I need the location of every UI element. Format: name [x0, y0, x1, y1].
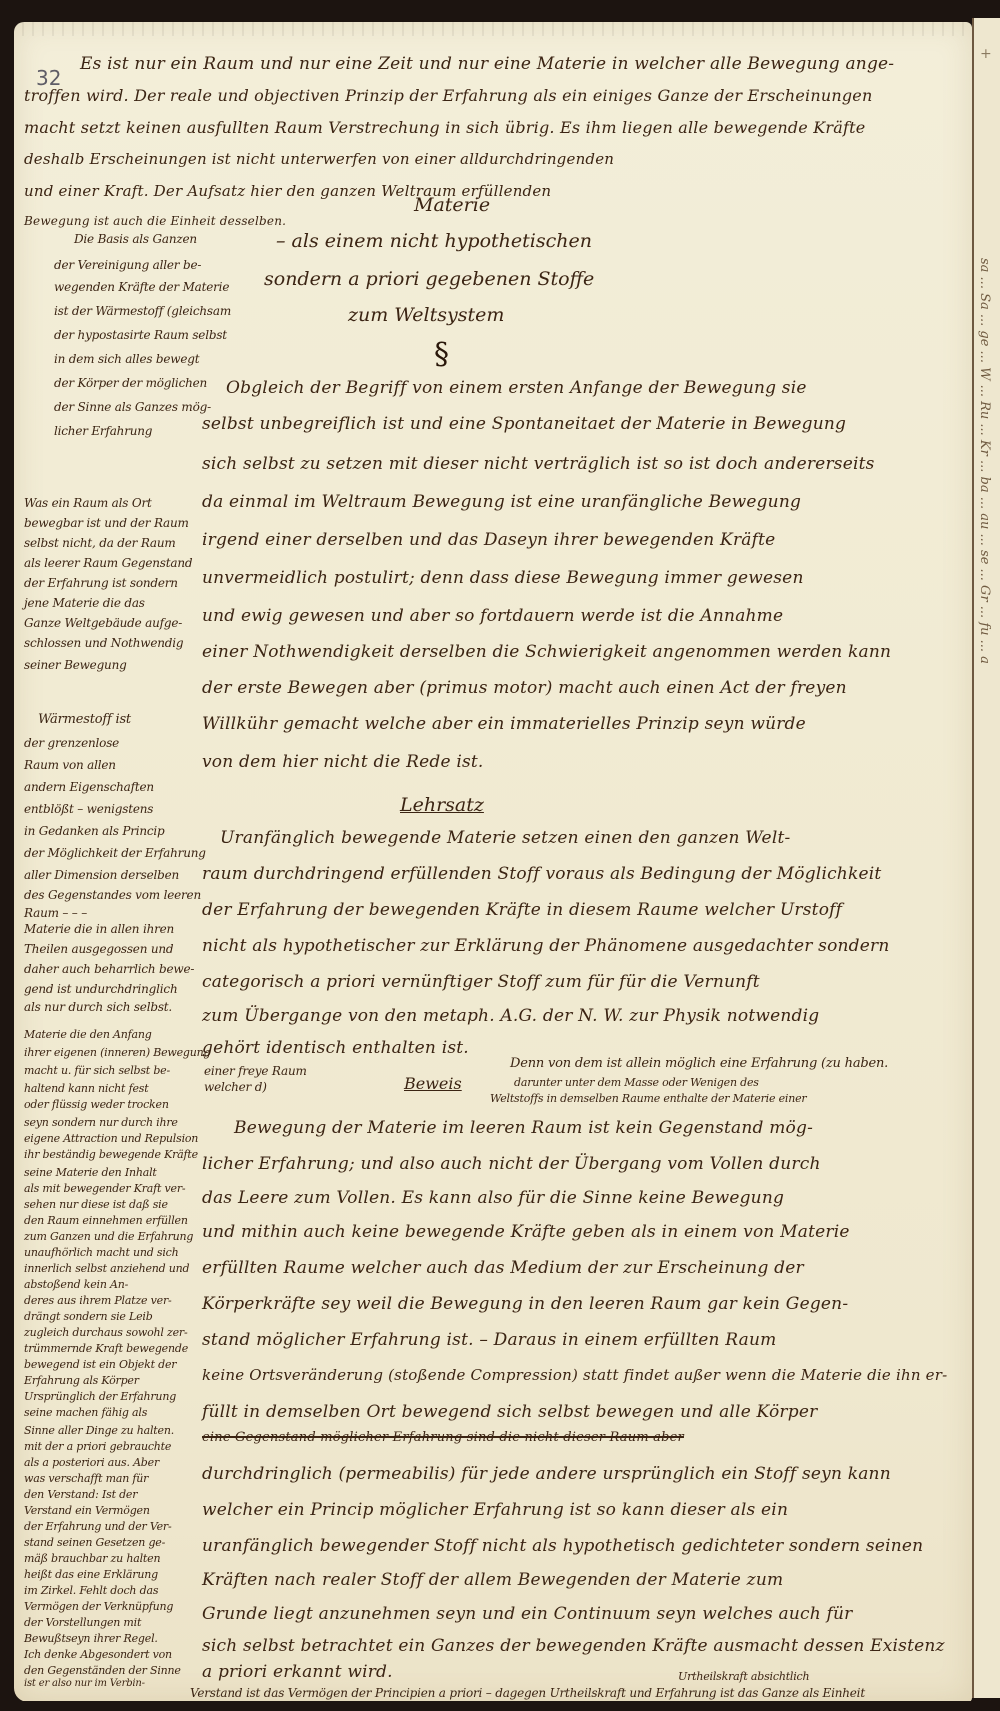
beweis-heading: Beweis: [404, 1074, 462, 1093]
margin-b4-line-18: drängt sondern sie Leib: [24, 1310, 153, 1323]
para3-line-13: uranfänglich bewegender Stoff nicht als …: [202, 1536, 923, 1556]
margin-b4-line-12: den Raum einnehmen erfüllen: [24, 1214, 188, 1227]
footer-line: Verstand ist das Vermögen der Principien…: [190, 1686, 865, 1700]
margin-b4-line-23: Ursprünglich der Erfahrung: [24, 1390, 176, 1403]
margin-b4-line-11: sehen nur diese ist daß sie: [24, 1198, 168, 1211]
margin-b4-line-2: ihrer eigenen (inneren) Bewegung: [24, 1046, 210, 1059]
scan-frame-bottom: [0, 1701, 1000, 1711]
margin-b1-line-4: ist der Wärmestoff (gleichsam: [54, 304, 231, 318]
margin-b2-line-8: schlossen und Nothwendig: [24, 636, 183, 650]
para1-line-6: unvermeidlich postulirt; denn dass diese…: [202, 568, 804, 588]
margin-b1-line-6: in dem sich alles bewegt: [54, 352, 199, 366]
margin-b3-line-1: Wärmestoff ist: [38, 712, 131, 727]
para3-line-7: stand möglicher Erfahrung ist. – Daraus …: [202, 1330, 777, 1350]
margin-b4-line-9: seine Materie den Inhalt: [24, 1166, 157, 1179]
margin-b4-line-17: deres aus ihrem Platze ver-: [24, 1294, 172, 1307]
margin-b1-line-5: der hypostasirte Raum selbst: [54, 328, 227, 342]
para2-line-4: nicht als hypothetischer zur Erklärung d…: [202, 936, 889, 956]
para2-line-1: Uranfänglich bewegende Materie setzen ei…: [220, 828, 790, 848]
margin-b4-line-4: haltend kann nicht fest: [24, 1082, 148, 1095]
para1-line-1: Obgleich der Begriff von einem ersten An…: [226, 378, 807, 398]
margin-b3-line-11: Materie die in allen ihren: [24, 922, 174, 936]
para1-line-11: von dem hier nicht die Rede ist.: [202, 752, 484, 772]
top-line-1: Es ist nur ein Raum und nur eine Zeit un…: [80, 54, 894, 74]
para3-line-15: Grunde liegt anzunehmen seyn und ein Con…: [202, 1604, 852, 1624]
margin-b5-line-12: Vermögen der Verknüpfung: [24, 1600, 173, 1613]
para1-line-5: irgend einer derselben und das Daseyn ih…: [202, 530, 775, 550]
margin-b5-line-1: Sinne aller Dinge zu halten.: [24, 1424, 174, 1437]
margin-b4-line-6: seyn sondern nur durch ihre: [24, 1116, 178, 1129]
beweis-note-1: Denn von dem ist allein möglich eine Erf…: [510, 1056, 888, 1071]
margin-b4-line-21: bewegend ist ein Objekt der: [24, 1358, 176, 1371]
para2-line-7: gehört identisch enthalten ist.: [202, 1038, 469, 1058]
margin-b1-line-3: wegenden Kräfte der Materie: [54, 280, 229, 294]
para1-line-8: einer Nothwendigkeit derselben die Schwi…: [202, 642, 891, 662]
margin-b3-line-3: Raum von allen: [24, 758, 116, 772]
para3-line-10: eine Gegenstand möglicher Erfahrung sind…: [202, 1430, 684, 1445]
margin-b3-line-2: der grenzenlose: [24, 736, 119, 750]
beweis-margin-1: einer freye Raum: [204, 1064, 307, 1078]
margin-b5-line-9: mäß brauchbar zu halten: [24, 1552, 160, 1565]
section-mark: §: [434, 337, 449, 372]
margin-b5-line-15: Ich denke Abgesondert von: [24, 1648, 172, 1661]
para1-line-7: und ewig gewesen und aber so fortdauern …: [202, 606, 783, 626]
margin-b3-line-10: Raum – – –: [24, 906, 87, 920]
margin-b2-line-4: als leerer Raum Gegenstand: [24, 556, 192, 570]
margin-b1-line-9: licher Erfahrung: [54, 424, 152, 438]
para1-line-2: selbst unbegreiflich ist und eine Sponta…: [202, 414, 846, 434]
footer-overscript: Urtheilskraft absichtlich: [678, 1670, 809, 1683]
margin-b4-line-13: zum Ganzen und die Erfahrung: [24, 1230, 193, 1243]
para1-line-3: sich selbst zu setzen mit dieser nicht v…: [202, 454, 875, 474]
beweis-margin-2: welcher d): [204, 1080, 267, 1094]
adjacent-page-fragments: sa ... Sa ... ge ... W ... Ru ... Kr ...…: [978, 258, 991, 664]
plus-mark: +: [980, 46, 992, 62]
top-line-6: Bewegung ist auch die Einheit desselben.: [24, 214, 286, 228]
beweis-note-3: Weltstoffs in demselben Raume enthalte d…: [490, 1092, 806, 1105]
margin-b3-line-9: des Gegenstandes vom leeren: [24, 888, 201, 902]
margin-b2-line-7: Ganze Weltgebäude aufge-: [24, 616, 182, 630]
para3-line-4: und mithin auch keine bewegende Kräfte g…: [202, 1222, 850, 1242]
margin-b1-line-8: der Sinne als Ganzes mög-: [54, 400, 211, 414]
para2-line-3: der Erfahrung der bewegenden Kräfte in d…: [202, 900, 842, 920]
margin-b5-line-14: Bewußtseyn ihrer Regel.: [24, 1632, 158, 1645]
margin-b2-line-5: der Erfahrung ist sondern: [24, 576, 178, 590]
top-line-4: deshalb Erscheinungen ist nicht unterwer…: [24, 150, 614, 168]
margin-b4-line-15: innerlich selbst anziehend und: [24, 1262, 189, 1275]
margin-b2-line-3: selbst nicht, da der Raum: [24, 536, 176, 550]
margin-b3-line-12: Theilen ausgegossen und: [24, 942, 173, 956]
margin-b5-line-4: was verschafft man für: [24, 1472, 148, 1485]
adjacent-page-edge: + sa ... Sa ... ge ... W ... Ru ... Kr .…: [972, 18, 1000, 1698]
para1-line-10: Willkühr gemacht welche aber ein immater…: [202, 714, 806, 734]
margin-b3-line-8: aller Dimension derselben: [24, 868, 179, 882]
margin-b2-line-2: bewegbar ist und der Raum: [24, 516, 189, 530]
margin-b5-line-3: als a posteriori aus. Aber: [24, 1456, 159, 1469]
para3-line-8: keine Ortsveränderung (stoßende Compress…: [202, 1366, 947, 1384]
margin-b5-line-8: stand seinen Gesetzen ge-: [24, 1536, 165, 1549]
manuscript-page: 32 Es ist nur ein Raum und nur eine Zeit…: [14, 22, 972, 1702]
margin-b1-line-7: der Körper der möglichen: [54, 376, 207, 390]
para2-line-6: zum Übergange von den metaph. A.G. der N…: [202, 1006, 819, 1026]
margin-b4-line-14: unaufhörlich macht und sich: [24, 1246, 179, 1259]
margin-b3-line-5: entblößt – wenigstens: [24, 802, 153, 816]
margin-b5-line-17: ist er also nur im Verbin-: [24, 1678, 145, 1689]
margin-b5-line-13: der Vorstellungen mit: [24, 1616, 141, 1629]
para2-line-5: categorisch a priori vernünftiger Stoff …: [202, 972, 760, 992]
margin-b1-line-2: der Vereinigung aller be-: [54, 258, 201, 272]
title-line-4: zum Weltsystem: [348, 304, 504, 326]
title-line-2: – als einem nicht hypothetischen: [276, 230, 592, 252]
margin-b1-line-1: Die Basis als Ganzen: [74, 232, 197, 246]
margin-b4-line-22: Erfahrung als Körper: [24, 1374, 139, 1387]
para3-line-6: Körperkräfte sey weil die Bewegung in de…: [202, 1294, 848, 1314]
margin-b2-line-9: seiner Bewegung: [24, 658, 127, 672]
top-line-3: macht setzt keinen ausfullten Raum Verst…: [24, 118, 865, 137]
margin-b2-line-1: Was ein Raum als Ort: [24, 496, 152, 510]
para3-line-11: durchdringlich (permeabilis) für jede an…: [202, 1464, 891, 1484]
margin-b4-line-8: ihr beständig bewegende Kräfte: [24, 1148, 198, 1161]
margin-b5-line-2: mit der a priori gebrauchte: [24, 1440, 171, 1453]
para3-line-16: sich selbst betrachtet ein Ganzes der be…: [202, 1636, 945, 1656]
beweis-note-2: darunter unter dem Masse oder Wenigen de…: [514, 1076, 759, 1089]
margin-b3-line-6: in Gedanken als Princip: [24, 824, 165, 838]
margin-b3-line-15: als nur durch sich selbst.: [24, 1000, 172, 1014]
title-materie: Materie: [414, 194, 490, 216]
margin-b4-line-1: Materie die den Anfang: [24, 1028, 152, 1041]
margin-b3-line-13: daher auch beharrlich bewe-: [24, 962, 194, 976]
margin-b5-line-6: Verstand ein Vermögen: [24, 1504, 150, 1517]
para2-line-2: raum durchdringend erfüllenden Stoff vor…: [202, 864, 881, 884]
para3-line-14: Kräften nach realer Stoff der allem Bewe…: [202, 1570, 783, 1590]
title-line-3: sondern a priori gegebenen Stoffe: [264, 268, 594, 290]
para3-line-5: erfüllten Raume welcher auch das Medium …: [202, 1258, 804, 1278]
margin-b5-line-7: der Erfahrung und der Ver-: [24, 1520, 172, 1533]
margin-b3-line-4: andern Eigenschaften: [24, 780, 154, 794]
para3-line-17: a priori erkannt wird.: [202, 1662, 393, 1682]
para3-line-1: Bewegung der Materie im leeren Raum ist …: [234, 1118, 813, 1138]
para3-line-12: welcher ein Princip möglicher Erfahrung …: [202, 1500, 788, 1520]
margin-b3-line-14: gend ist undurchdringlich: [24, 982, 178, 996]
para3-line-2: licher Erfahrung; und also auch nicht de…: [202, 1154, 821, 1174]
margin-b4-line-5: oder flüssig weder trocken: [24, 1098, 169, 1111]
para1-line-4: da einmal im Weltraum Bewegung ist eine …: [202, 492, 801, 512]
top-line-2: troffen wird. Der reale und objectiven P…: [24, 86, 872, 105]
margin-b4-line-3: macht u. für sich selbst be-: [24, 1064, 170, 1077]
margin-b2-line-6: jene Materie die das: [24, 596, 145, 610]
margin-b5-line-11: im Zirkel. Fehlt doch das: [24, 1584, 158, 1597]
para1-line-9: der erste Bewegen aber (primus motor) ma…: [202, 678, 847, 698]
margin-b4-line-10: als mit bewegender Kraft ver-: [24, 1182, 185, 1195]
lehrsatz-heading: Lehrsatz: [400, 794, 484, 816]
margin-b5-line-5: den Verstand: Ist der: [24, 1488, 137, 1501]
margin-b4-line-20: trümmernde Kraft bewegende: [24, 1342, 188, 1355]
margin-b5-line-10: heißt das eine Erklärung: [24, 1568, 158, 1581]
margin-b5-line-16: den Gegenständen der Sinne: [24, 1664, 181, 1677]
margin-b4-line-7: eigene Attraction und Repulsion: [24, 1132, 198, 1145]
margin-b4-line-19: zugleich durchaus sowohl zer-: [24, 1326, 188, 1339]
para3-line-3: das Leere zum Vollen. Es kann also für d…: [202, 1188, 784, 1208]
margin-b4-line-16: abstoßend kein An-: [24, 1278, 128, 1291]
margin-b3-line-7: der Möglichkeit der Erfahrung: [24, 846, 206, 860]
margin-b4-line-24: seine machen fähig als: [24, 1406, 147, 1419]
para3-line-9: füllt in demselben Ort bewegend sich sel…: [202, 1402, 817, 1422]
